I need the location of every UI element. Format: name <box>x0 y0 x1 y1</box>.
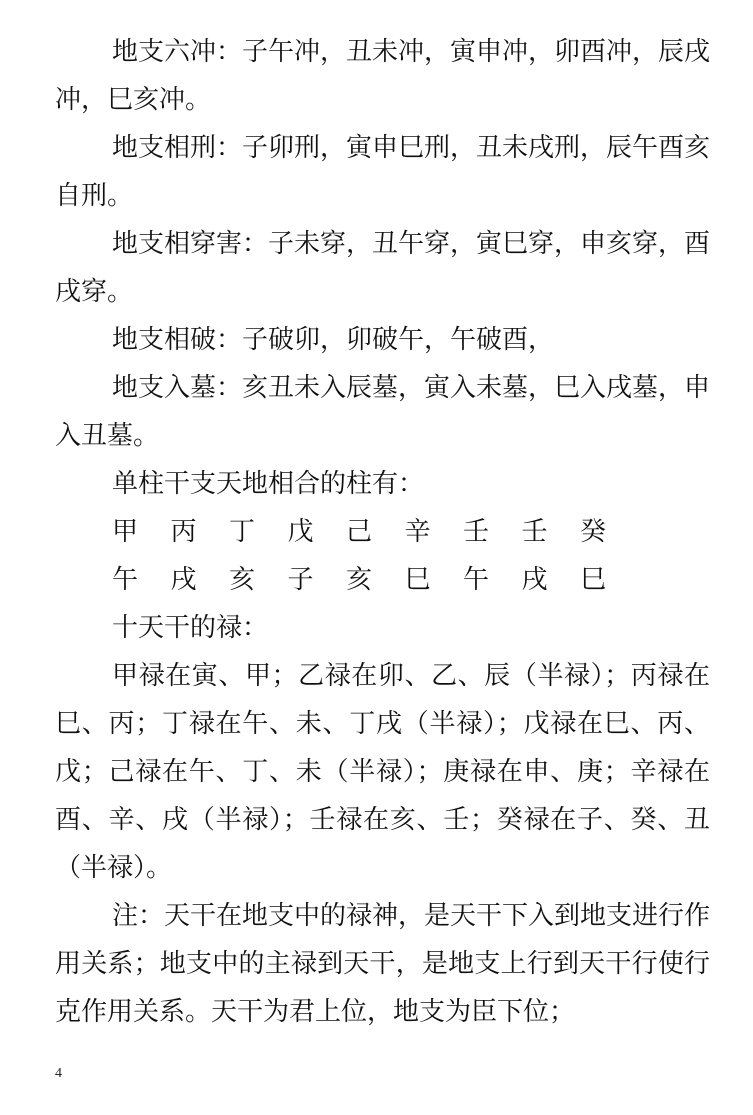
branch-cell: 戌 <box>171 556 230 604</box>
stem-cell: 甲 <box>112 508 171 556</box>
stem-cell: 己 <box>346 508 405 556</box>
paragraph-chuanhai: 地支相穿害：子未穿，丑午穿，寅巳穿，申亥穿，酉戌穿。 <box>55 220 710 316</box>
branch-cell: 巳 <box>405 556 464 604</box>
pillar-branches-row: 午 戌 亥 子 亥 巳 午 戌 巳 <box>55 556 710 604</box>
document-body: 地支六冲：子午冲，丑未冲，寅申冲，卯酉冲，辰戌冲，巳亥冲。 地支相刑：子卯刑，寅… <box>55 28 710 1036</box>
paragraph-liuchong: 地支六冲：子午冲，丑未冲，寅申冲，卯酉冲，辰戌冲，巳亥冲。 <box>55 28 710 124</box>
branch-cell: 巳 <box>580 556 639 604</box>
stem-cell: 癸 <box>580 508 639 556</box>
paragraph-xiangpo: 地支相破：子破卯，卯破午，午破酉， <box>55 316 710 364</box>
stem-cell: 壬 <box>463 508 522 556</box>
stem-cell: 辛 <box>405 508 464 556</box>
paragraph-rumu: 地支入墓：亥丑未入辰墓，寅入未墓，巳入戌墓，申入丑墓。 <box>55 364 710 460</box>
paragraph-xiangxing: 地支相刑：子卯刑，寅申巳刑，丑未戌刑，辰午酉亥自刑。 <box>55 124 710 220</box>
paragraph-note: 注：天干在地支中的禄神，是天干下入到地支进行作用关系；地支中的主禄到天干，是地支… <box>55 892 710 1036</box>
branch-cell: 子 <box>288 556 347 604</box>
pillar-stems-row: 甲 丙 丁 戊 己 辛 壬 壬 癸 <box>55 508 710 556</box>
paragraph-tiandi-xianghe: 单柱干支天地相合的柱有： <box>55 460 710 508</box>
branch-cell: 午 <box>112 556 171 604</box>
paragraph-lu: 甲禄在寅、甲；乙禄在卯、乙、辰（半禄）；丙禄在巳、丙；丁禄在午、未、丁戌（半禄）… <box>55 652 710 892</box>
stem-cell: 壬 <box>522 508 581 556</box>
stem-cell: 戊 <box>288 508 347 556</box>
stem-cell: 丁 <box>229 508 288 556</box>
stem-cell: 丙 <box>171 508 230 556</box>
branch-cell: 戌 <box>522 556 581 604</box>
branch-cell: 亥 <box>229 556 288 604</box>
lu-heading: 十天干的禄： <box>55 604 710 652</box>
branch-cell: 午 <box>463 556 522 604</box>
branch-cell: 亥 <box>346 556 405 604</box>
page-number: 4 <box>55 1066 62 1082</box>
